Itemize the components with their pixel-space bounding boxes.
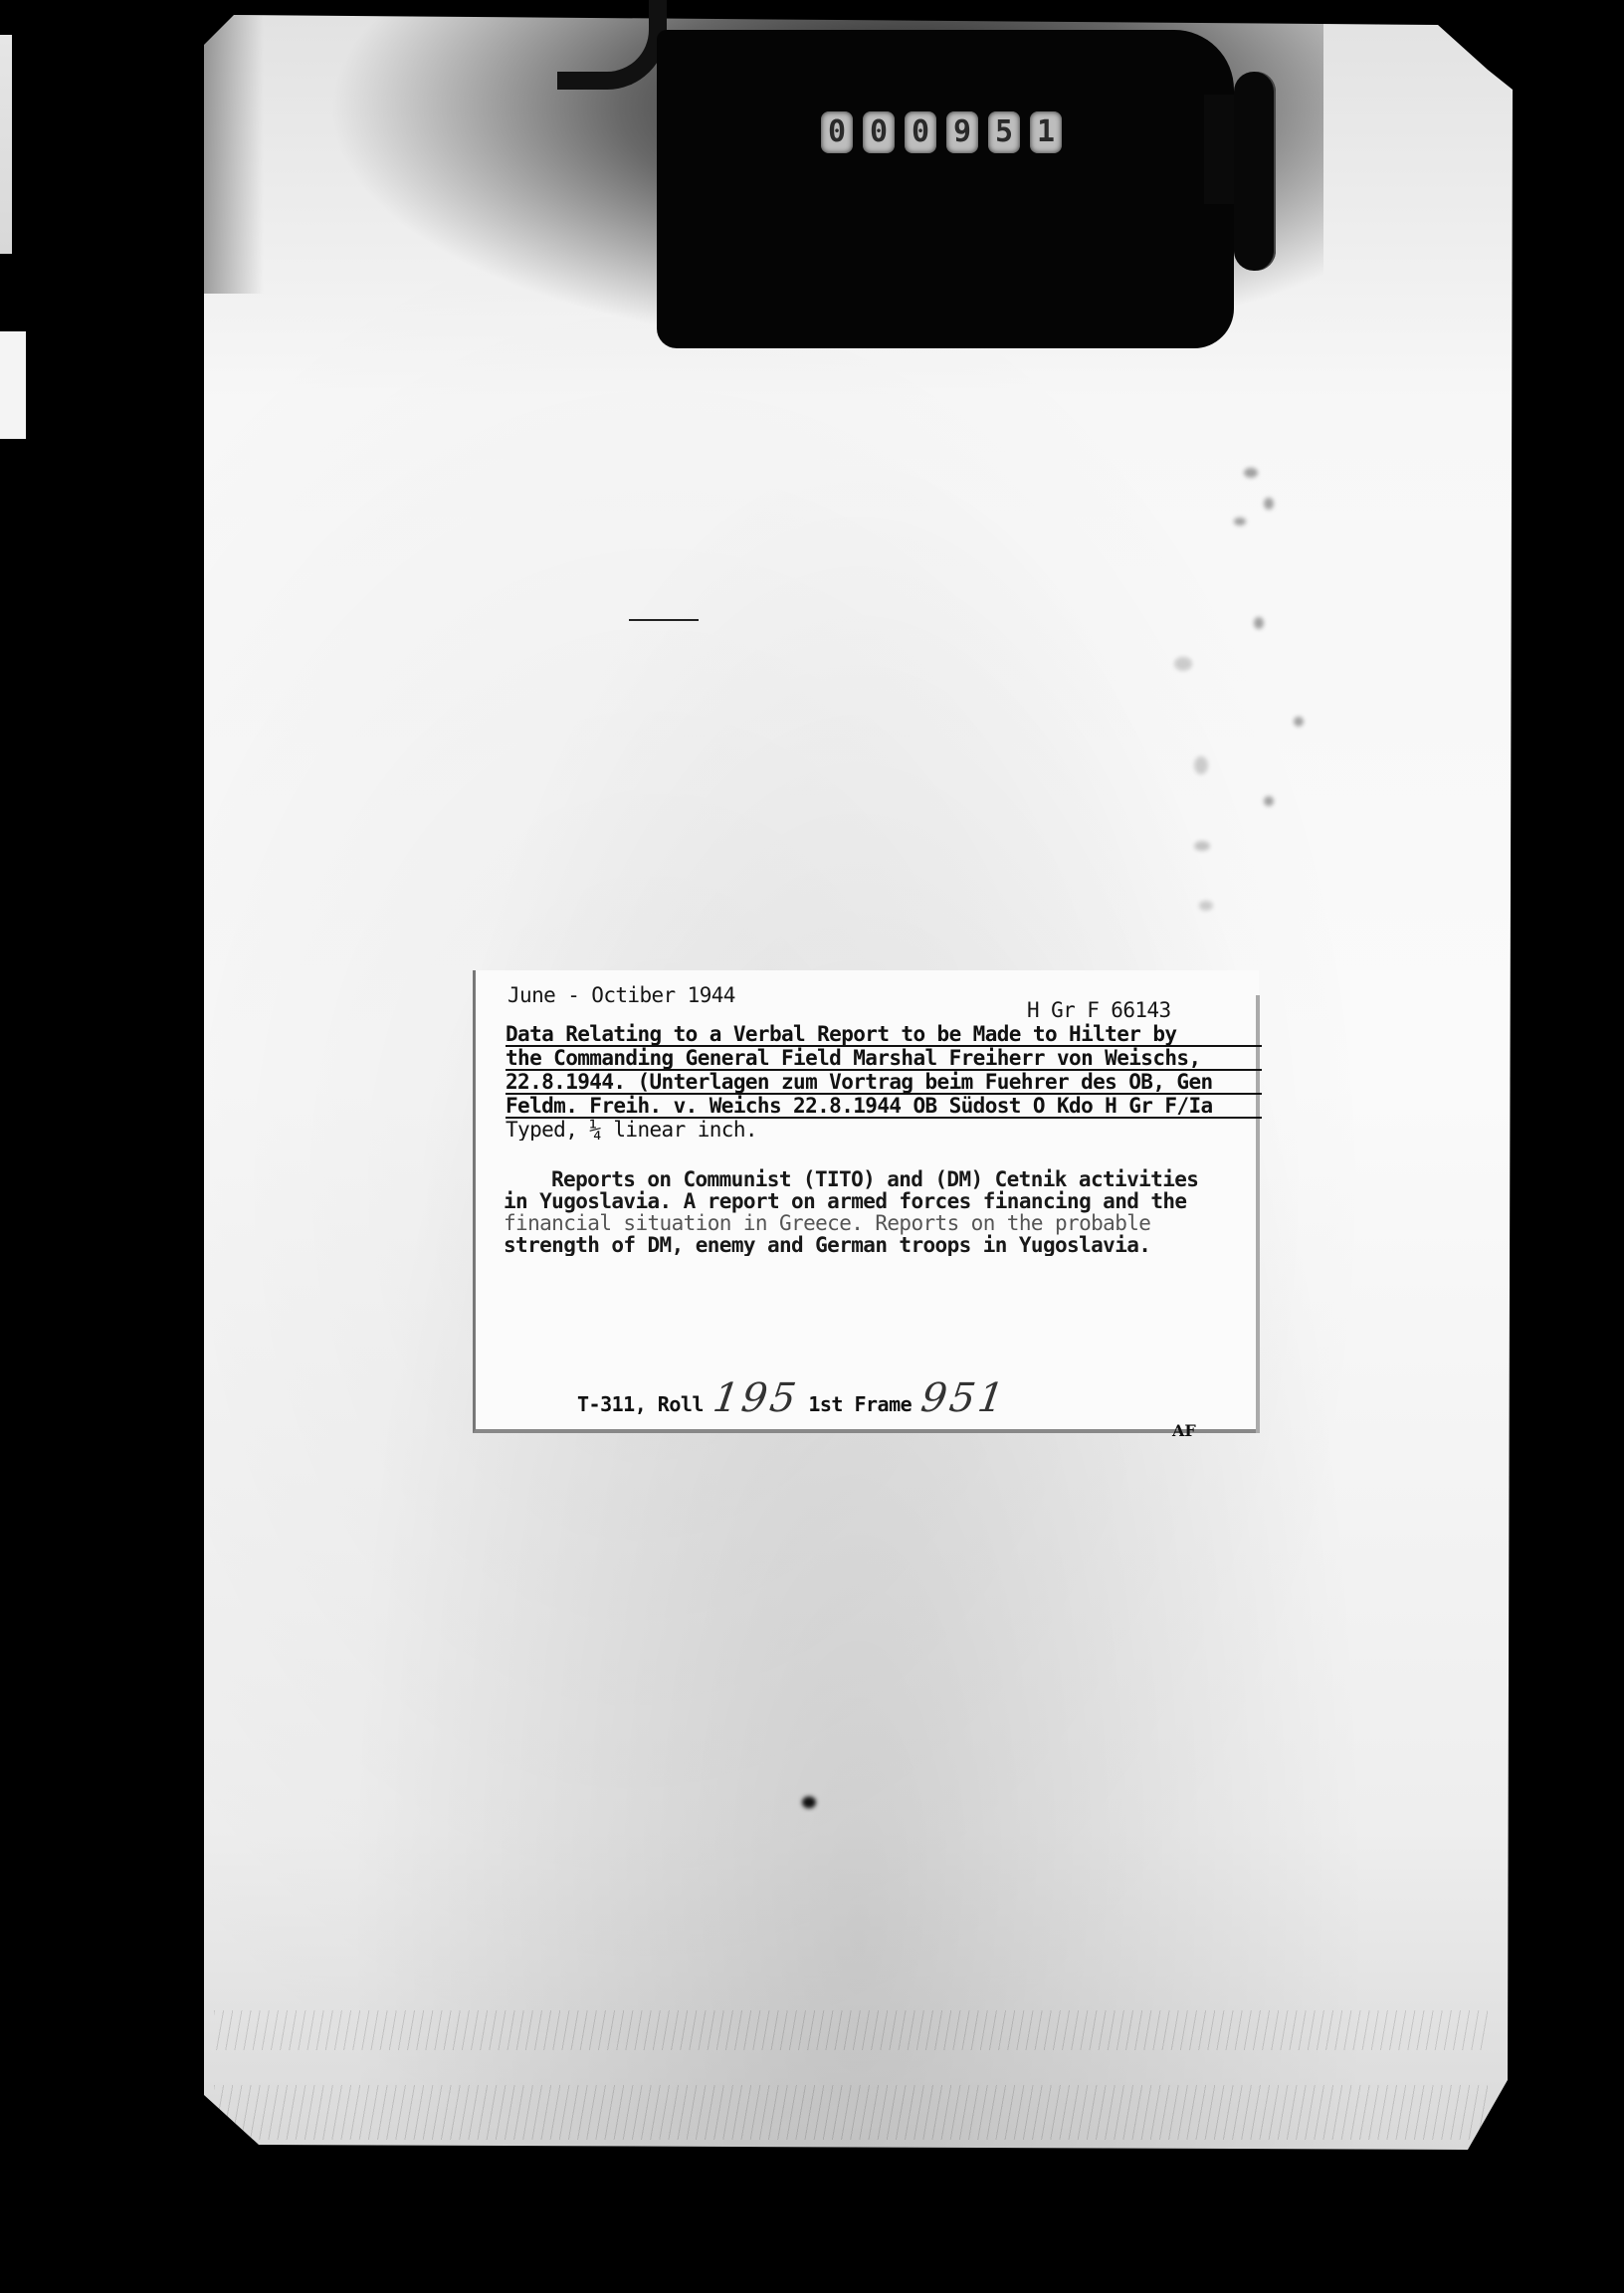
stain: [1254, 617, 1264, 629]
stain: [1244, 468, 1258, 478]
title-line: Data Relating to a Verbal Report to be M…: [506, 1023, 1262, 1047]
corner-mark: AF: [1172, 1421, 1196, 1440]
abstract: Reports on Communist (TITO) and (DM) Cet…: [504, 1168, 1260, 1256]
stain: [1294, 717, 1304, 727]
roll-number: 195: [710, 1375, 802, 1421]
series-label: T-311, Roll: [577, 1392, 704, 1416]
microfilm-frame: 0 0 0 9 5 1 June - Octiber 1944 H Gr F 6…: [0, 0, 1624, 2293]
counter-digit: 0: [905, 111, 936, 153]
title-line: 22.8.1944. (Unterlagen zum Vortrag beim …: [506, 1071, 1262, 1095]
title-line: Feldm. Freih. v. Weichs 22.8.1944 OB Süd…: [506, 1095, 1262, 1119]
paper-texture: [214, 2085, 1488, 2140]
stain: [1194, 756, 1208, 774]
stain: [1234, 518, 1246, 525]
counter-digit: 0: [863, 111, 895, 153]
stain: [1174, 657, 1192, 671]
abstract-line: strength of DM, enemy and German troops …: [504, 1234, 1260, 1256]
stain: [1194, 841, 1210, 851]
counter-digit: 5: [988, 111, 1020, 153]
counter-digit: 0: [821, 111, 853, 153]
adjacent-frame-label: [0, 331, 26, 439]
frame-number: 951: [918, 1375, 1010, 1421]
title-line: the Commanding General Field Marshal Fre…: [506, 1047, 1262, 1071]
counter-digit: 1: [1030, 111, 1062, 153]
microfilm-reference: T-311, Roll 195 1st Frame 951: [577, 1375, 1007, 1421]
abstract-line: financial situation in Greece. Reports o…: [504, 1212, 1260, 1234]
page-shadow: [204, 15, 264, 294]
frame-counter-digits: 0 0 0 9 5 1: [821, 111, 1062, 153]
adjacent-frame-edge: [0, 35, 12, 254]
ink-spot: [802, 1796, 816, 1808]
counter-knob: [1234, 72, 1276, 271]
counter-digit: 9: [946, 111, 978, 153]
abstract-line: in Yugoslavia. A report on armed forces …: [504, 1190, 1260, 1212]
date-range: June - Octiber 1944: [507, 983, 735, 1007]
abstract-line: Reports on Communist (TITO) and (DM) Cet…: [504, 1168, 1260, 1190]
stain: [1264, 498, 1274, 510]
extent: Typed, ¼ linear inch.: [506, 1119, 1262, 1141]
frame-counter: [657, 30, 1234, 348]
paper-texture: [214, 2010, 1488, 2050]
file-code: H Gr F 66143: [1027, 998, 1171, 1022]
stain: [1264, 796, 1274, 806]
document-title: Data Relating to a Verbal Report to be M…: [506, 1023, 1262, 1141]
stain: [1199, 901, 1213, 911]
frame-label: 1st Frame: [808, 1392, 912, 1416]
pencil-mark: [629, 619, 699, 621]
